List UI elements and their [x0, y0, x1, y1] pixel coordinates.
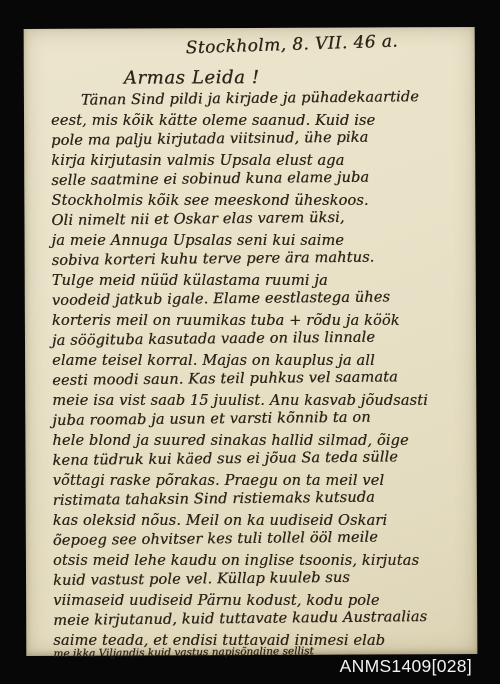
letter-line: eesti moodi saun. Kas teil puhkus vel sa… [52, 366, 474, 390]
letter-greeting: Armas Leida ! [124, 67, 260, 89]
letter-body: Tänan Sind pildi ja kirjade ja pühadekaa… [51, 89, 475, 660]
letter-paper: Stockholm, 8. VII. 46 a. Armas Leida ! T… [24, 27, 478, 656]
letter-line: voodeid jatkub igale. Elame eestlastega … [52, 286, 474, 310]
letter-line: Oli nimelt nii et Oskar elas varem üksi, [51, 206, 473, 230]
letter-line: kuid vastust pole vel. Küllap kuuleb sus [53, 566, 475, 590]
letter-line: selle saatmine ei sobinud kuna elame jub… [51, 166, 473, 190]
catalog-reference-label: ANMS1409[028] [340, 656, 472, 677]
letter-line: meie kirjutanud, kuid tuttavate kaudu Au… [53, 606, 475, 630]
letter-line: juba roomab ja usun et varsti kõnnib ta … [52, 406, 474, 430]
letter-line: kena tüdruk kui käed sus ei jõua Sa teda… [52, 446, 474, 470]
letter-line: sobiva korteri kuhu terve pere ära mahtu… [52, 246, 474, 270]
letter-date: Stockholm, 8. VII. 46 a. [185, 31, 398, 58]
letter-line: õepoeg see ohvitser kes tuli tollel ööl … [53, 526, 475, 550]
letter-line: ja söögituba kasutada vaade on ilus linn… [52, 326, 474, 350]
letter-line: ristimata tahaksin Sind ristiemaks kutsu… [53, 486, 475, 510]
scan-background: Stockholm, 8. VII. 46 a. Armas Leida ! T… [0, 0, 500, 684]
letter-line: Tänan Sind pildi ja kirjade ja pühadekaa… [51, 86, 473, 110]
letter-line: pole ma palju kirjutada viitsinud, ühe p… [51, 126, 473, 150]
